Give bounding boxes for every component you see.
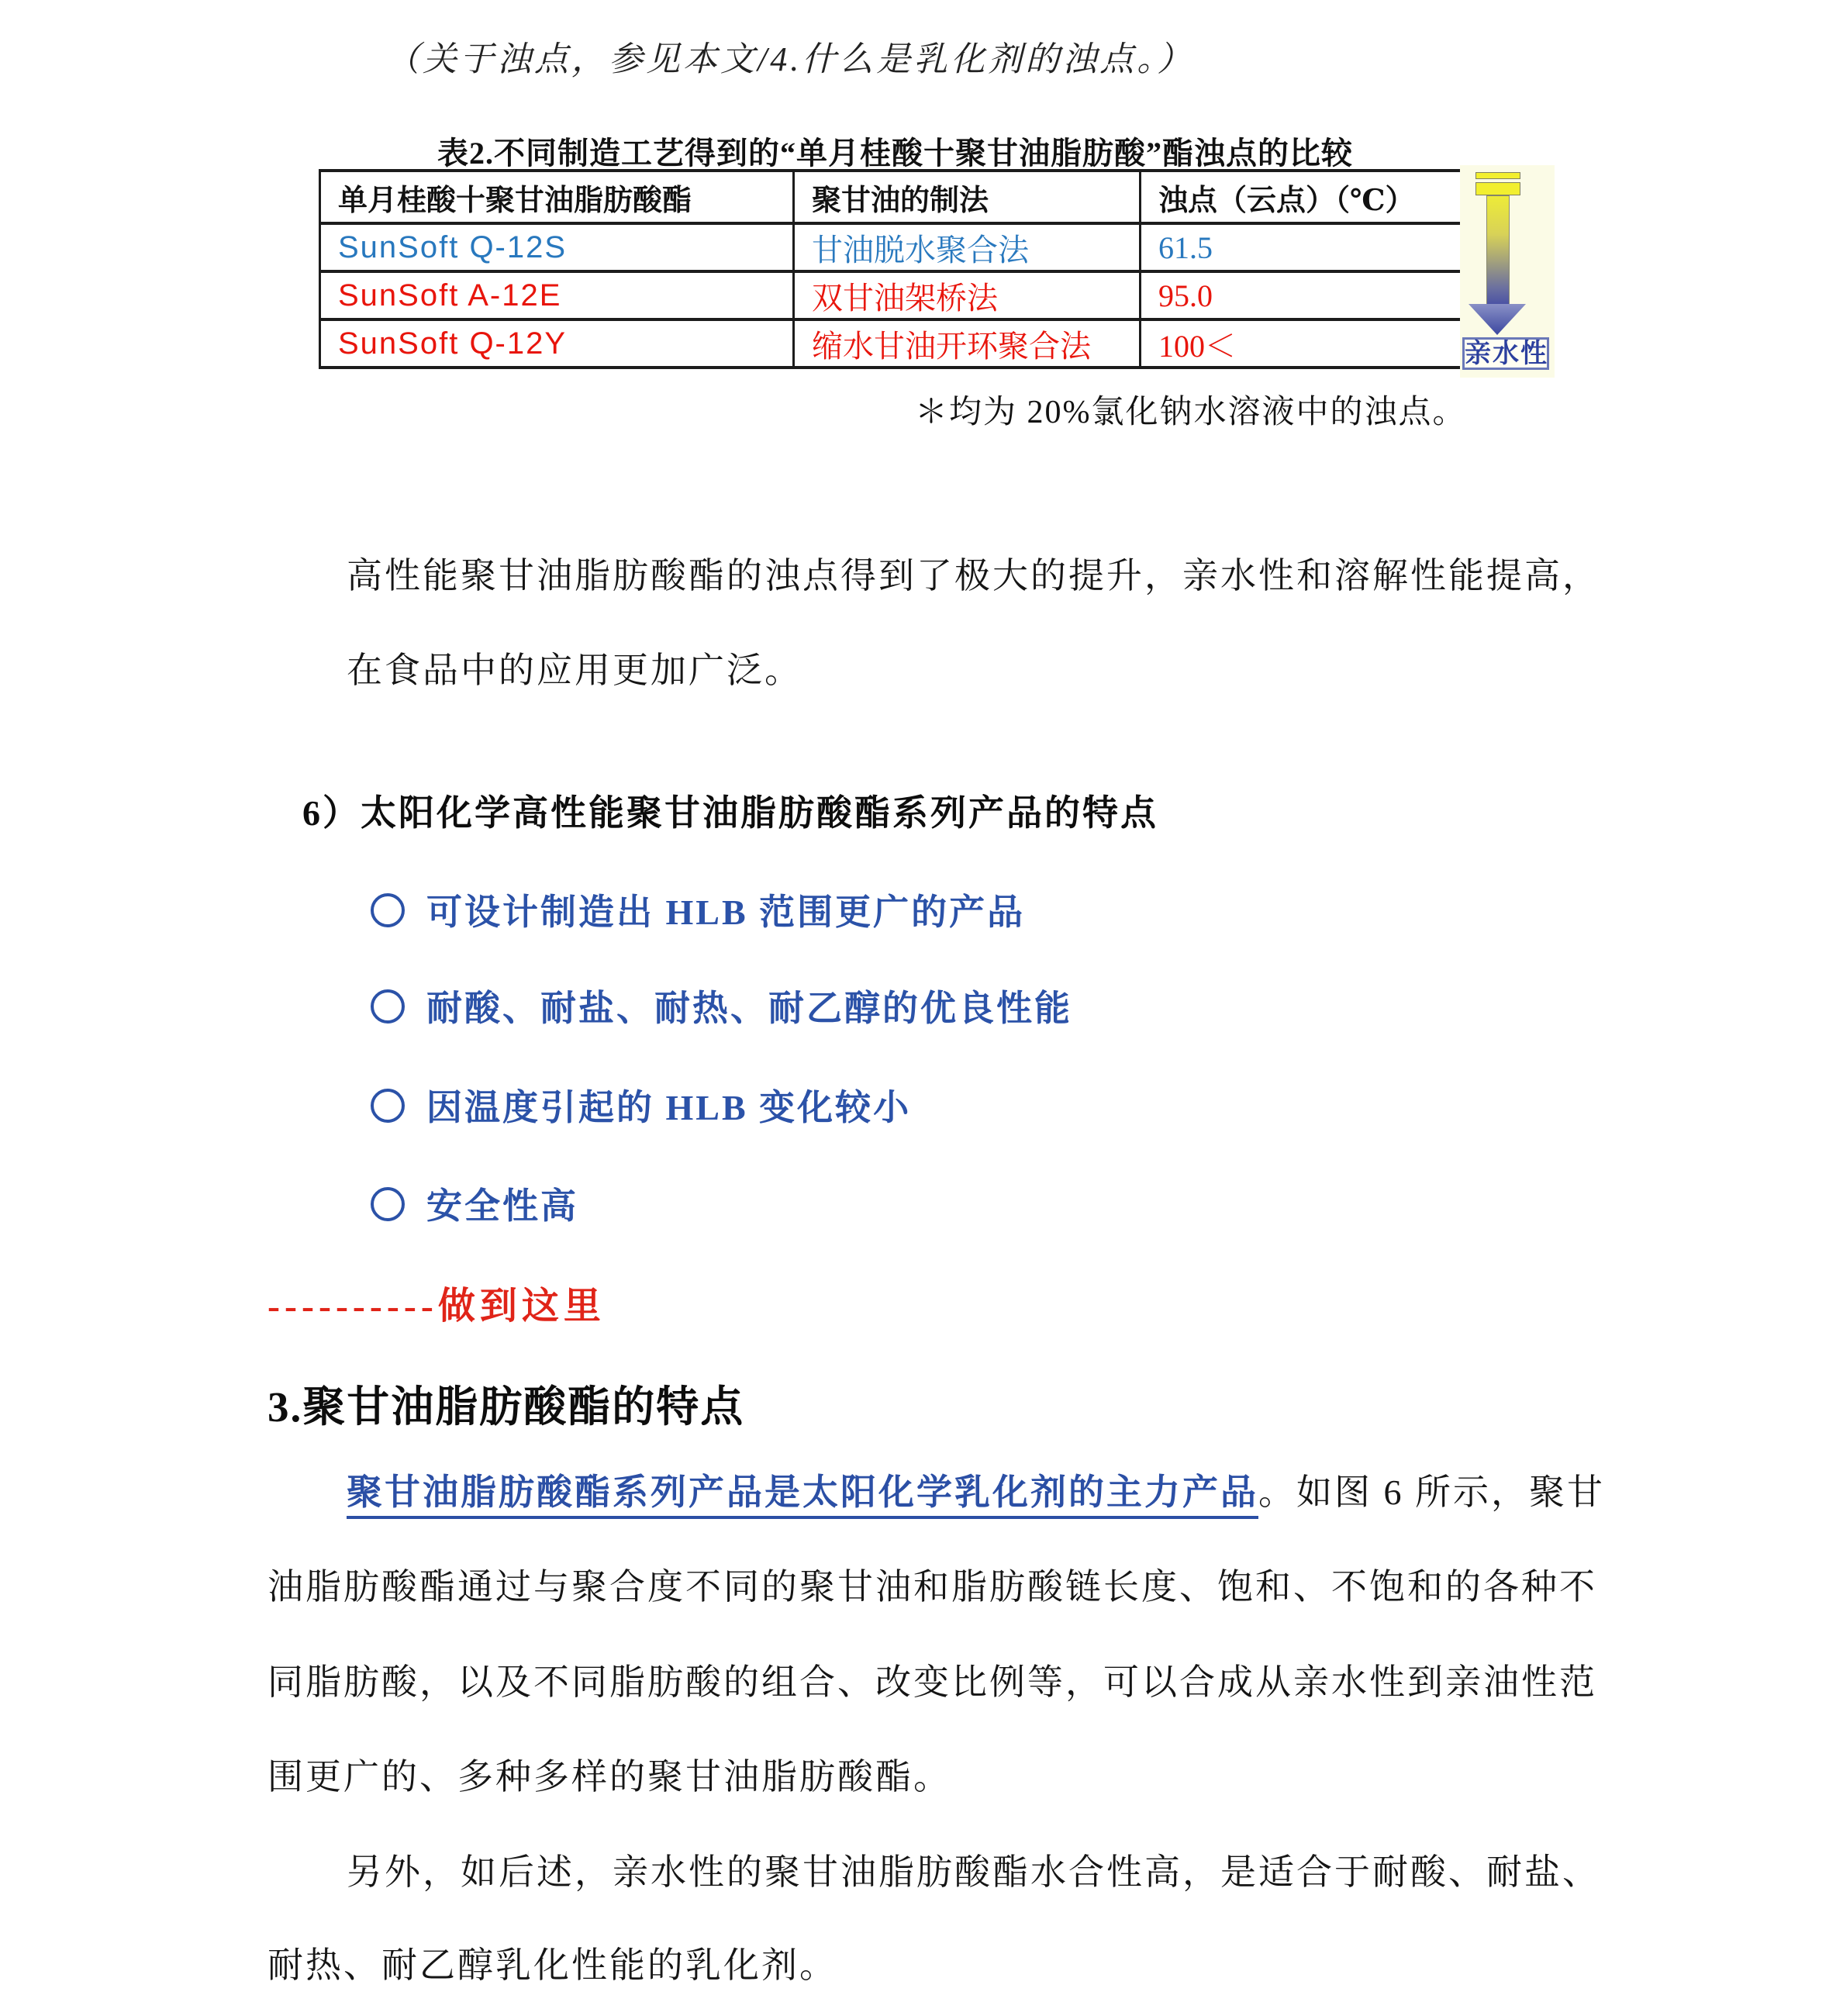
header-method: 聚甘油的制法 (794, 171, 1141, 223)
document-page: （关于浊点，参见本文/4.什么是乳化剂的浊点。） 表2.不同制造工艺得到的“单月… (0, 0, 1843, 2016)
section3-paragraph2-line1: 另外，如后述，亲水性的聚甘油脂肪酸酯水合性高，是适合于耐酸、耐盐、 (347, 1844, 1600, 1895)
cloud-point-cell: 61.5 (1141, 223, 1473, 271)
section3-paragraph1-line2: 油脂肪酸酯通过与聚合度不同的聚甘油和脂肪酸链长度、饱和、不饱和的各种不 (267, 1559, 1597, 1610)
progress-marker-text: ----------做到这里 (267, 1276, 606, 1329)
hydrophilicity-label: 亲水性 (1462, 337, 1549, 370)
cloud-point-comparison-table: 单月桂酸十聚甘油脂肪酸酯 聚甘油的制法 浊点（云点）（℃） SunSoft Q-… (319, 169, 1474, 369)
header-cloud-point: 浊点（云点）（℃） (1141, 171, 1473, 223)
table2-title: 表2.不同制造工艺得到的“单月桂酸十聚甘油脂肪酸”酯浊点的比较 (319, 129, 1472, 173)
down-arrow-icon (1469, 304, 1526, 335)
method-cell: 缩水甘油开环聚合法 (794, 319, 1141, 368)
section3-heading: 3.聚甘油脂肪酸酯的特点 (267, 1372, 744, 1434)
highlighted-key-sentence: 聚甘油脂肪酸酯系列产品是太阳化学乳化剂的主力产品 (347, 1472, 1258, 1519)
feature-bullet: 因温度引起的 HLB 变化较小 (371, 1079, 911, 1131)
section6-heading: 6）太阳化学高性能聚甘油脂肪酸酯系列产品的特点 (302, 785, 1158, 836)
paragraph1-line1: 高性能聚甘油脂肪酸酯的浊点得到了极大的提升，亲水性和溶解性能提高， (347, 547, 1600, 599)
section3-paragraph1-line1: 聚甘油脂肪酸酯系列产品是太阳化学乳化剂的主力产品。如图 6 所示，聚甘 (347, 1464, 1605, 1515)
arrow-tail-segment (1475, 182, 1520, 195)
feature-bullet: 可设计制造出 HLB 范围更广的产品 (371, 884, 1025, 935)
feature-bullet: 安全性高 (371, 1178, 578, 1229)
bullet-text: 安全性高 (426, 1186, 578, 1226)
table-footnote: ＊均为 20%氯化钠水溶液中的浊点。 (915, 386, 1460, 433)
cloud-point-cell: 95.0 (1141, 271, 1473, 319)
section3-paragraph1-line4: 围更广的、多种多样的聚甘油脂肪酸酯。 (267, 1748, 951, 1800)
product-name: SunSoft Q-12Y (320, 319, 794, 368)
hydrophilicity-arrow-panel: 亲水性 (1460, 165, 1555, 378)
circle-bullet-icon (371, 1089, 405, 1123)
table-row: SunSoft Q-12Y 缩水甘油开环聚合法 100＜ (320, 319, 1473, 368)
paragraph-text: 。如图 6 所示，聚甘 (1258, 1472, 1605, 1512)
feature-bullet: 耐酸、耐盐、耐热、耐乙醇的优良性能 (371, 980, 1072, 1031)
cloud-point-cell: 100＜ (1141, 319, 1473, 368)
section3-paragraph1-line3: 同脂肪酸，以及不同脂肪酸的组合、改变比例等，可以合成从亲水性到亲油性范 (267, 1654, 1597, 1705)
method-cell: 双甘油架桥法 (794, 271, 1141, 319)
hydrophilicity-gradient-arrow-shaft (1486, 195, 1510, 306)
section3-paragraph2-line2: 耐热、耐乙醇乳化性能的乳化剂。 (267, 1937, 837, 1988)
table-row: SunSoft Q-12S 甘油脱水聚合法 61.5 (320, 223, 1473, 271)
table-row: SunSoft A-12E 双甘油架桥法 95.0 (320, 271, 1473, 319)
bullet-text: 可设计制造出 HLB 范围更广的产品 (426, 892, 1025, 932)
circle-bullet-icon (371, 989, 405, 1024)
table-header-row: 单月桂酸十聚甘油脂肪酸酯 聚甘油的制法 浊点（云点）（℃） (320, 171, 1473, 223)
header-ester: 单月桂酸十聚甘油脂肪酸酯 (320, 171, 794, 223)
cloud-point-reference-note: （关于浊点，参见本文/4.什么是乳化剂的浊点。） (385, 31, 1194, 81)
bullet-text: 耐酸、耐盐、耐热、耐乙醇的优良性能 (426, 989, 1072, 1028)
product-name: SunSoft Q-12S (320, 223, 794, 271)
arrow-tail-segment (1475, 172, 1520, 179)
product-name: SunSoft A-12E (320, 271, 794, 319)
circle-bullet-icon (371, 893, 405, 927)
bullet-text: 因温度引起的 HLB 变化较小 (426, 1088, 911, 1127)
paragraph1-line2: 在食品中的应用更加广泛。 (347, 642, 802, 693)
circle-bullet-icon (371, 1187, 405, 1221)
method-cell: 甘油脱水聚合法 (794, 223, 1141, 271)
